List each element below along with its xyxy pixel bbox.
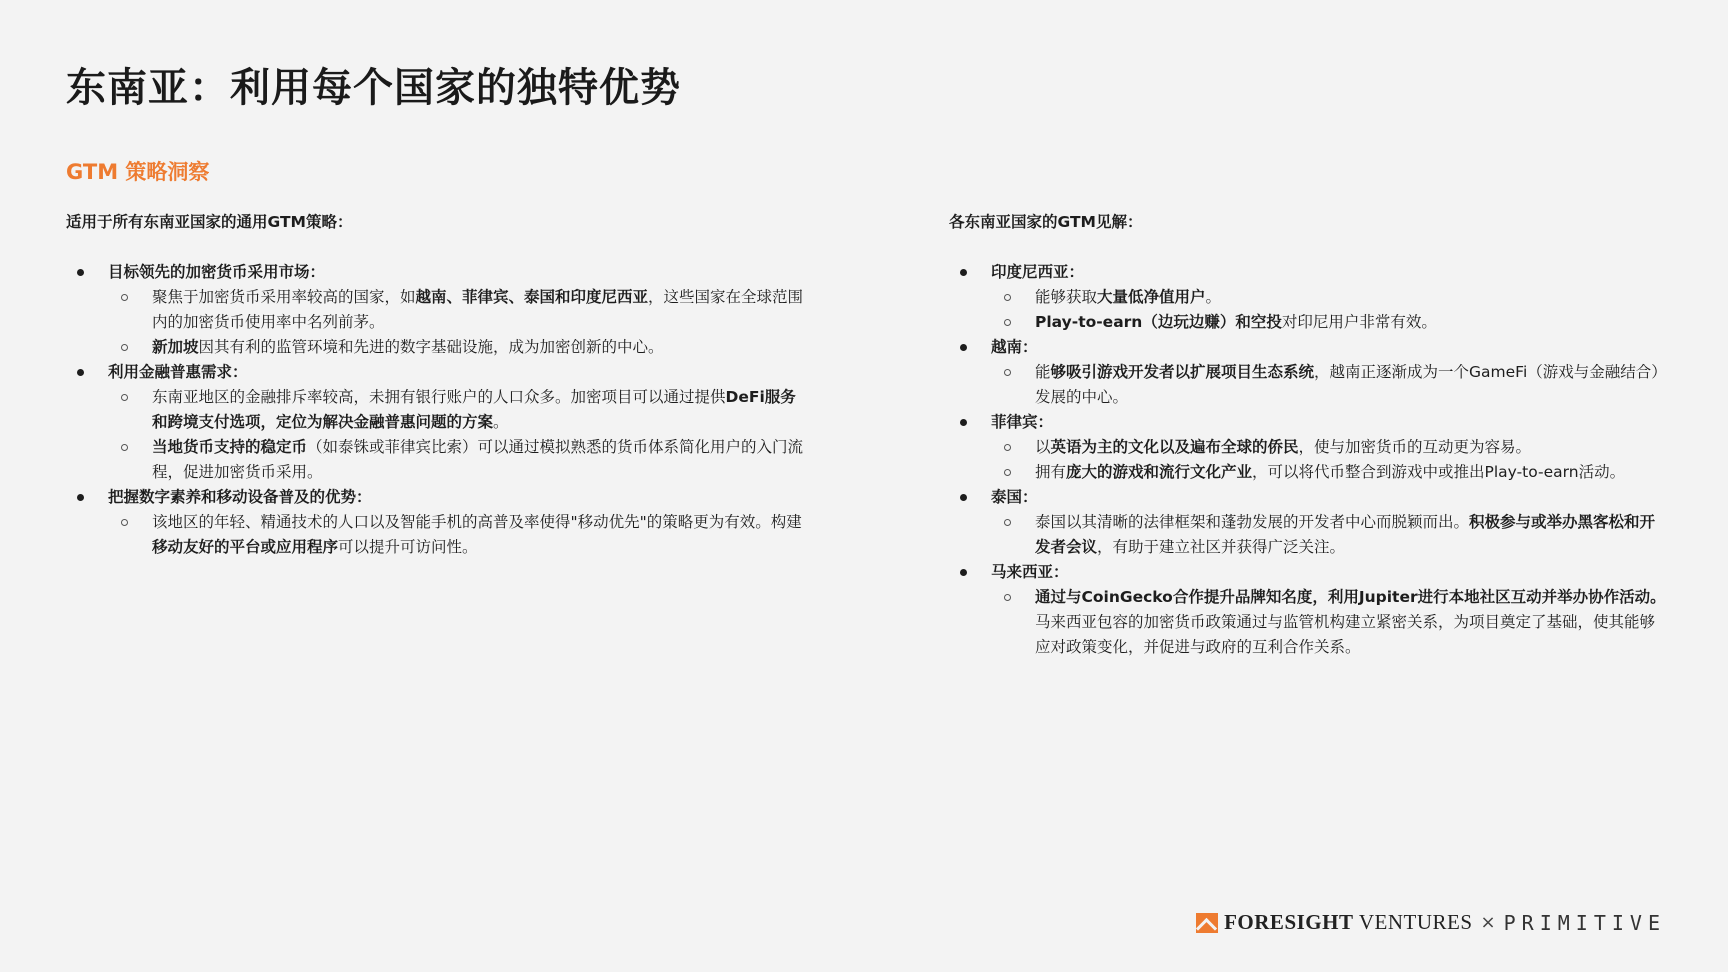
sub-list: 泰国以其清晰的法律框架和蓬勃发展的开发者中心而脱颖而出。积极参与或举办黑客松和开… (991, 510, 1669, 560)
country-list: 印度尼西亚：能够获取大量低净值用户。Play-to-earn（边玩边赚）和空投对… (949, 260, 1669, 660)
item-label: 目标领先的加密货币采用市场： (108, 263, 325, 281)
sub-list: 通过与CoinGecko合作提升品牌知名度，利用Jupiter进行本地社区互动并… (991, 585, 1669, 660)
list-item: 越南：能够吸引游戏开发者以扩展项目生态系统，越南正逐渐成为一个GameFi（游戏… (949, 335, 1669, 410)
sub-item: 该地区的年轻、精通技术的人口以及智能手机的高普及率使得"移动优先"的策略更为有效… (108, 510, 806, 560)
sub-item: 拥有庞大的游戏和流行文化产业，可以将代币整合到游戏中或推出Play-to-ear… (991, 460, 1669, 485)
list-item: 利用金融普惠需求：东南亚地区的金融排斥率较高，未拥有银行账户的人口众多。加密项目… (66, 360, 806, 485)
sub-item: Play-to-earn（边玩边赚）和空投对印尼用户非常有效。 (991, 310, 1669, 335)
bullet-icon (960, 569, 967, 576)
item-label: 泰国： (991, 488, 1038, 506)
country-insights-column: 各东南亚国家的GTM见解： 印度尼西亚：能够获取大量低净值用户。Play-to-… (949, 210, 1669, 660)
circle-bullet-icon (1004, 319, 1011, 326)
sub-item: 东南亚地区的金融排斥率较高，未拥有银行账户的人口众多。加密项目可以通过提供DeF… (108, 385, 806, 435)
list-item: 目标领先的加密货币采用市场：聚焦于加密货币采用率较高的国家，如越南、菲律宾、泰国… (66, 260, 806, 360)
circle-bullet-icon (121, 294, 128, 301)
circle-bullet-icon (1004, 594, 1011, 601)
primitive-wordmark: PRIMITIVE (1504, 911, 1666, 935)
bullet-icon (77, 369, 84, 376)
item-label: 利用金融普惠需求： (108, 363, 248, 381)
item-label: 越南： (991, 338, 1038, 356)
foresight-logo-icon (1196, 913, 1218, 933)
sub-item: 当地货币支持的稳定币（如泰铢或菲律宾比索）可以通过模拟熟悉的货币体系简化用户的入… (108, 435, 806, 485)
item-label: 马来西亚： (991, 563, 1069, 581)
sub-item: 能够获取大量低净值用户。 (991, 285, 1669, 310)
circle-bullet-icon (1004, 519, 1011, 526)
list-item: 菲律宾：以英语为主的文化以及遍布全球的侨民，使与加密货币的互动更为容易。拥有庞大… (949, 410, 1669, 485)
list-item: 印度尼西亚：能够获取大量低净值用户。Play-to-earn（边玩边赚）和空投对… (949, 260, 1669, 335)
circle-bullet-icon (121, 519, 128, 526)
bullet-icon (960, 344, 967, 351)
bullet-icon (960, 494, 967, 501)
sub-list: 该地区的年轻、精通技术的人口以及智能手机的高普及率使得"移动优先"的策略更为有效… (108, 510, 806, 560)
strategy-list: 目标领先的加密货币采用市场：聚焦于加密货币采用率较高的国家，如越南、菲律宾、泰国… (66, 260, 806, 560)
foresight-wordmark: FORESIGHT VENTURES (1224, 910, 1472, 935)
sub-list: 能够吸引游戏开发者以扩展项目生态系统，越南正逐渐成为一个GameFi（游戏与金融… (991, 360, 1669, 410)
sub-list: 聚焦于加密货币采用率较高的国家，如越南、菲律宾、泰国和印度尼西亚，这些国家在全球… (108, 285, 806, 360)
general-strategy-column: 适用于所有东南亚国家的通用GTM策略： 目标领先的加密货币采用市场：聚焦于加密货… (66, 210, 806, 560)
sub-item: 以英语为主的文化以及遍布全球的侨民，使与加密货币的互动更为容易。 (991, 435, 1669, 460)
circle-bullet-icon (1004, 369, 1011, 376)
sub-list: 以英语为主的文化以及遍布全球的侨民，使与加密货币的互动更为容易。拥有庞大的游戏和… (991, 435, 1669, 485)
bullet-icon (77, 494, 84, 501)
sub-list: 能够获取大量低净值用户。Play-to-earn（边玩边赚）和空投对印尼用户非常… (991, 285, 1669, 335)
sub-item: 新加坡因其有利的监管环境和先进的数字基础设施，成为加密创新的中心。 (108, 335, 806, 360)
circle-bullet-icon (1004, 294, 1011, 301)
bullet-icon (960, 269, 967, 276)
section-subtitle: GTM 策略洞察 (66, 156, 209, 186)
footer-logos: FORESIGHT VENTURES × PRIMITIVE (1196, 910, 1666, 935)
sub-item: 能够吸引游戏开发者以扩展项目生态系统，越南正逐渐成为一个GameFi（游戏与金融… (991, 360, 1669, 410)
item-label: 把握数字素养和移动设备普及的优势： (108, 488, 372, 506)
sub-item: 聚焦于加密货币采用率较高的国家，如越南、菲律宾、泰国和印度尼西亚，这些国家在全球… (108, 285, 806, 335)
sub-item: 泰国以其清晰的法律框架和蓬勃发展的开发者中心而脱颖而出。积极参与或举办黑客松和开… (991, 510, 1669, 560)
circle-bullet-icon (1004, 444, 1011, 451)
list-item: 把握数字素养和移动设备普及的优势：该地区的年轻、精通技术的人口以及智能手机的高普… (66, 485, 806, 560)
sub-item: 通过与CoinGecko合作提升品牌知名度，利用Jupiter进行本地社区互动并… (991, 585, 1669, 660)
sub-list: 东南亚地区的金融排斥率较高，未拥有银行账户的人口众多。加密项目可以通过提供DeF… (108, 385, 806, 485)
column-heading: 各东南亚国家的GTM见解： (949, 210, 1669, 235)
column-heading: 适用于所有东南亚国家的通用GTM策略： (66, 210, 806, 235)
circle-bullet-icon (121, 394, 128, 401)
bullet-icon (960, 419, 967, 426)
list-item: 马来西亚：通过与CoinGecko合作提升品牌知名度，利用Jupiter进行本地… (949, 560, 1669, 660)
page-title: 东南亚：利用每个国家的独特优势 (66, 56, 681, 113)
circle-bullet-icon (121, 344, 128, 351)
list-item: 泰国：泰国以其清晰的法律框架和蓬勃发展的开发者中心而脱颖而出。积极参与或举办黑客… (949, 485, 1669, 560)
bullet-icon (77, 269, 84, 276)
item-label: 印度尼西亚： (991, 263, 1084, 281)
item-label: 菲律宾： (991, 413, 1053, 431)
collab-separator: × (1481, 912, 1496, 933)
circle-bullet-icon (121, 444, 128, 451)
circle-bullet-icon (1004, 469, 1011, 476)
